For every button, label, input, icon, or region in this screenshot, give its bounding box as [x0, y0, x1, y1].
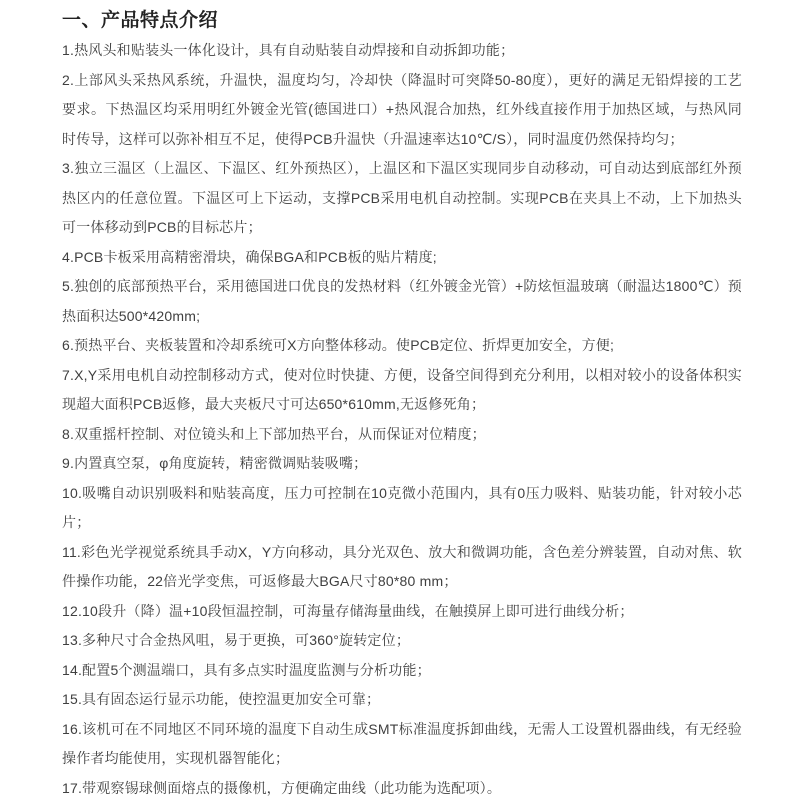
document-title: 一、产品特点介绍 [62, 6, 742, 36]
feature-item-4: 4.PCB卡板采用高精密滑块，确保BGA和PCB板的贴片精度; [62, 243, 742, 273]
feature-item-15: 15.具有固态运行显示功能，使控温更加安全可靠； [62, 685, 742, 715]
feature-item-12: 12.10段升（降）温+10段恒温控制，可海量存储海量曲线，在触摸屏上即可进行曲… [62, 597, 742, 627]
feature-item-6: 6.预热平台、夹板装置和冷却系统可X方向整体移动。使PCB定位、折焊更加安全，方… [62, 331, 742, 361]
feature-item-3: 3.独立三温区（上温区、下温区、红外预热区），上温区和下温区实现同步自动移动，可… [62, 154, 742, 243]
feature-item-14: 14.配置5个测温端口，具有多点实时温度监测与分析功能； [62, 656, 742, 686]
feature-item-2: 2.上部风头采热风系统，升温快，温度均匀，冷却快（降温时可突降50-80度），更… [62, 66, 742, 155]
feature-item-5: 5.独创的底部预热平台，采用德国进口优良的发热材料（红外镀金光管）+防炫恒温玻璃… [62, 272, 742, 331]
feature-item-13: 13.多种尺寸合金热风咀，易于更换，可360°旋转定位； [62, 626, 742, 656]
feature-item-17: 17.带观察锡球侧面熔点的摄像机，方便确定曲线（此功能为选配项）。 [62, 774, 742, 800]
feature-item-10: 10.吸嘴自动识别吸料和贴装高度，压力可控制在10克微小范围内，具有0压力吸料、… [62, 479, 742, 538]
feature-item-16: 16.该机可在不同地区不同环境的温度下自动生成SMT标准温度拆卸曲线，无需人工设… [62, 715, 742, 774]
feature-item-9: 9.内置真空泵，φ角度旋转，精密微调贴装吸嘴； [62, 449, 742, 479]
feature-item-1: 1.热风头和贴装头一体化设计，具有自动贴装自动焊接和自动拆卸功能； [62, 36, 742, 66]
feature-item-8: 8.双重摇杆控制、对位镜头和上下部加热平台，从而保证对位精度； [62, 420, 742, 450]
document-page: 一、产品特点介绍 1.热风头和贴装头一体化设计，具有自动贴装自动焊接和自动拆卸功… [0, 0, 800, 800]
feature-item-7: 7.X,Y采用电机自动控制移动方式，使对位时快捷、方便，设备空间得到充分利用，以… [62, 361, 742, 420]
feature-item-11: 11.彩色光学视觉系统具手动X，Y方向移动，具分光双色、放大和微调功能，含色差分… [62, 538, 742, 597]
